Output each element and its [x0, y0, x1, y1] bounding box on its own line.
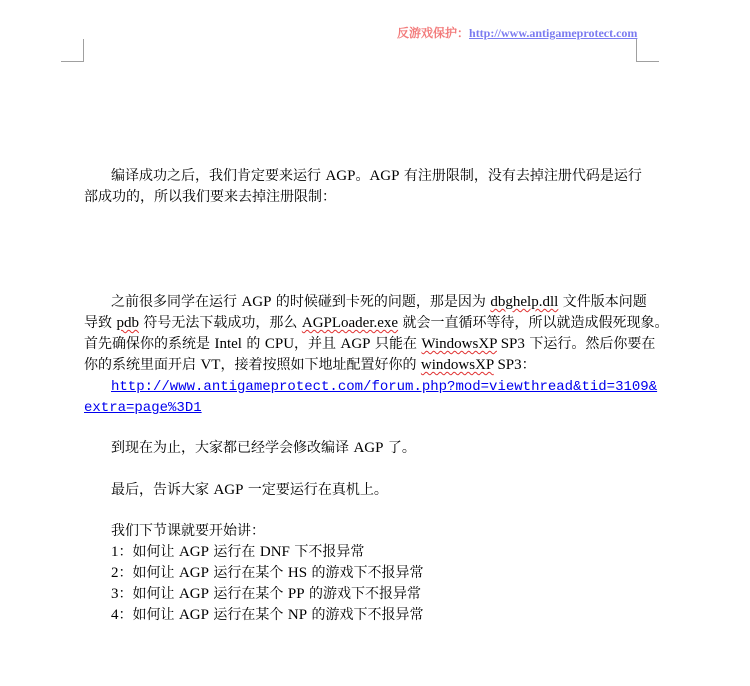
- spellcheck-word: AGPLoader.exe: [302, 315, 398, 331]
- paragraph-2-line-1: 之前很多同学在运行 AGP 的时候碰到卡死的问题，那是因为 dbghelp.dl…: [84, 292, 647, 313]
- paragraph-4: 最后，告诉大家 AGP 一定要运行在真机上。: [84, 480, 388, 501]
- paragraph-2-line-3: 首先确保你的系统是 Intel 的 CPU，并且 AGP 只能在 Windows…: [84, 334, 655, 355]
- paragraph-2-line-2: 导致 pdb 符号无法下载成功，那么 AGPLoader.exe 就会一直循环等…: [84, 313, 669, 334]
- forum-link-continued[interactable]: extra=page%3D1: [84, 400, 202, 416]
- forum-link-line-2: extra=page%3D1: [84, 397, 202, 419]
- forum-link[interactable]: http://www.antigameprotect.com/forum.php…: [111, 379, 657, 395]
- list-item: 4：如何让 AGP 运行在某个 NP 的游戏下不报异常: [84, 605, 424, 626]
- list-item: 1：如何让 AGP 运行在 DNF 下不报异常: [84, 542, 364, 563]
- spellcheck-word: pdb: [116, 315, 139, 331]
- paragraph-5-intro: 我们下节课就要开始讲：: [84, 521, 265, 542]
- paragraph-2-line-4: 你的系统里面开启 VT，接着按照如下地址配置好你的 windowsXP SP3：: [84, 355, 536, 376]
- list-item: 3：如何让 AGP 运行在某个 PP 的游戏下不报异常: [84, 584, 421, 605]
- spellcheck-word: dbghelp.dll: [490, 294, 558, 310]
- header-label: 反游戏保护：: [397, 26, 469, 40]
- header-link[interactable]: http://www.antigameprotect.com: [469, 26, 637, 40]
- forum-link-line-1: http://www.antigameprotect.com/forum.php…: [84, 376, 657, 398]
- spellcheck-word: WindowsXP: [421, 336, 497, 352]
- page-corner-mark-top-left: [61, 39, 84, 62]
- page-header: 反游戏保护：http://www.antigameprotect.com: [397, 24, 637, 41]
- paragraph-3: 到现在为止，大家都已经学会修改编译 AGP 了。: [84, 438, 416, 459]
- paragraph-1-line-2: 部成功的，所以我们要来去掉注册限制：: [84, 187, 336, 208]
- page-corner-mark-top-right: [636, 39, 659, 62]
- list-item: 2：如何让 AGP 运行在某个 HS 的游戏下不报异常: [84, 563, 424, 584]
- spellcheck-word: windowsXP: [421, 357, 494, 373]
- paragraph-1-line-1: 编译成功之后，我们肯定要来运行 AGP。AGP 有注册限制，没有去掉注册代码是运…: [84, 166, 642, 187]
